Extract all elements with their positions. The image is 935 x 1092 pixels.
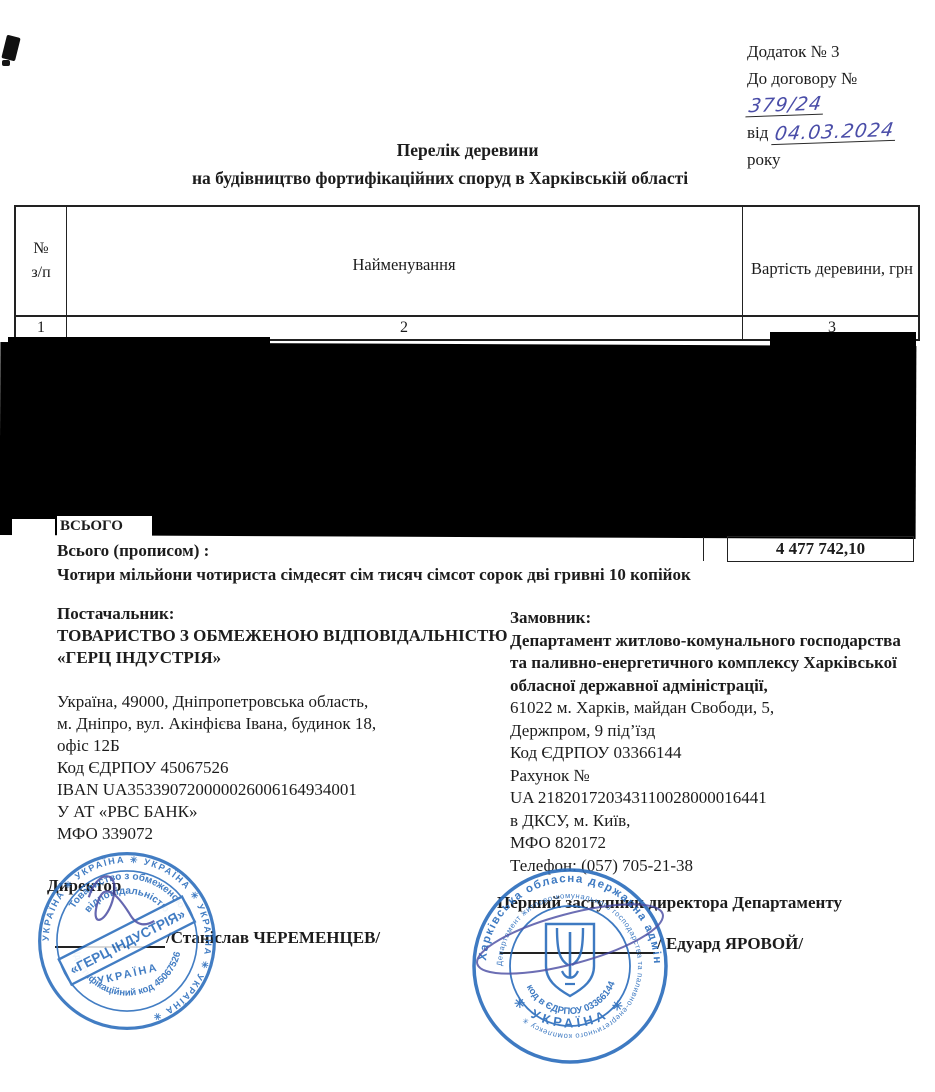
supplier-address-line: м. Дніпро, вул. Акінфієва Івана, будинок… [57, 713, 517, 735]
customer-address-line: Держпром, 9 під’їзд [510, 720, 930, 743]
total-value-cell: 4 477 742,10 [727, 536, 914, 562]
supplier-company-name: «ГЕРЦ ІНДУСТРІЯ» [57, 647, 517, 669]
doc-title: Перелік деревини [0, 140, 935, 161]
total-in-words: Чотири мільйони чотириста сімдесят сім т… [57, 565, 817, 585]
customer-name-line: та паливно-енергетичного комплексу Харкі… [510, 652, 930, 675]
customer-address-line: UA 218201720343110028000016441 [510, 787, 930, 810]
supplier-address-line: Код ЄДРПОУ 45067526 [57, 757, 517, 779]
total-row-label-cell: ВСЬОГО [57, 516, 152, 537]
customer-address-line: Код ЄДРПОУ 03366144 [510, 742, 930, 765]
scan-smudge-icon [1, 35, 20, 62]
contract-label: До договору № [747, 69, 857, 88]
contract-line: До договору № 379/24 [747, 65, 933, 119]
customer-address-line: МФО 820172 [510, 832, 930, 855]
supplier-role-label: Постачальник: [57, 603, 517, 625]
col-value-header: Вартість деревини, грн [742, 259, 922, 279]
col-name-header: Найменування [66, 255, 742, 275]
redaction-overlay [0, 342, 916, 539]
total-in-words-label: Всього (прописом) : [57, 541, 209, 561]
spacer [57, 669, 517, 691]
index-cell-1: 1 [16, 319, 66, 337]
col-no-header-top: № [16, 237, 66, 261]
supplier-section: Постачальник: ТОВАРИСТВО З ОБМЕЖЕНОЮ ВІД… [57, 603, 517, 845]
supplier-address-line: Україна, 49000, Дніпропетровська область… [57, 691, 517, 713]
total-row-spacer-cell [12, 519, 55, 537]
customer-role-label: Замовник: [510, 607, 930, 630]
supplier-address-line: IBAN UA353390720000026006164934001 [57, 779, 517, 801]
contract-number-handwritten: 379/24 [745, 95, 825, 118]
supplier-address-line: офіс 12Б [57, 735, 517, 757]
items-table: № з/п Найменування Вартість деревини, гр… [14, 205, 920, 341]
customer-stamp: Харківська обласна державна адміністраці… [470, 866, 670, 1066]
supplier-stamp: УКРАЇНА ✳ УКРАЇНА ✳ УКРАЇНА ✳ УКРАЇНА ✳ … [36, 850, 218, 1032]
customer-name-line: обласної державної адміністрації, [510, 675, 930, 698]
customer-address-line: 61022 м. Харків, майдан Свободи, 5, [510, 697, 930, 720]
customer-signatory-name: / Едуард ЯРОВОЙ/ [657, 934, 803, 954]
scan-smudge-icon [2, 60, 10, 66]
supplier-address-line: У АТ «РВС БАНК» [57, 801, 517, 823]
customer-address-line: в ДКСУ, м. Київ, [510, 810, 930, 833]
customer-name-line: Департамент житлово-комунального господа… [510, 630, 930, 653]
document-page: Додаток № 3 До договору № 379/24 від 04.… [0, 0, 935, 1092]
doc-subtitle: на будівництво фортифікаційних споруд в … [0, 168, 880, 189]
supplier-company-name: ТОВАРИСТВО З ОБМЕЖЕНОЮ ВІДПОВІДАЛЬНІСТЮ [57, 625, 517, 647]
customer-section: Замовник: Департамент житлово-комунально… [510, 607, 930, 877]
index-cell-2: 2 [66, 319, 742, 337]
customer-address-line: Рахунок № [510, 765, 930, 788]
supplier-address-line: МФО 339072 [57, 823, 517, 845]
col-no-header: № з/п [16, 237, 66, 285]
appendix-line: Додаток № 3 [747, 38, 933, 65]
col-no-header-bottom: з/п [16, 261, 66, 285]
table-border-segment [703, 537, 704, 561]
